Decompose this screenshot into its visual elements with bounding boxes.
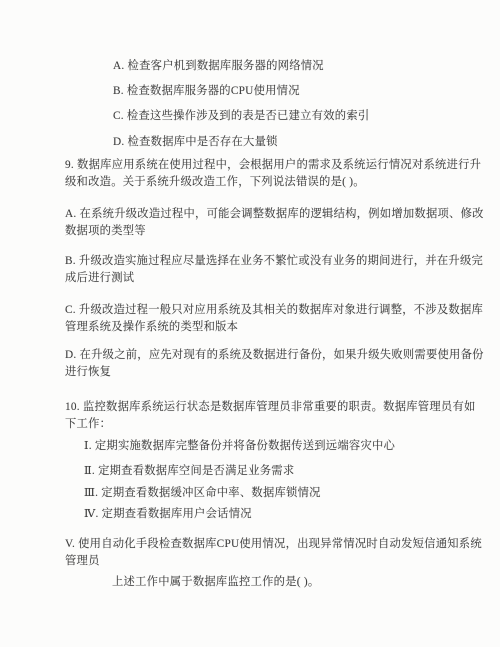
stem-line: 10. 监控数据库系统运行状态是数据库管理员非常重要的职责。数据库管理员有如 bbox=[65, 399, 476, 416]
option-text: C. 检查这些操作涉及到的表是否已建立有效的索引 bbox=[113, 108, 369, 125]
option-text: 数据项的类型等 bbox=[65, 223, 484, 240]
question-9-option-c: C. 升级改造过程一般只对应用系统及其相关的数据库对象进行调整，不涉及数据库 管… bbox=[65, 302, 483, 336]
question-10-task-iv: Ⅳ. 定期查看数据库用户会话情况 bbox=[84, 506, 252, 523]
question-9-option-d: D. 在升级之前，应先对现有的系统及数据进行备份，如果升级失败则需要使用备份 进… bbox=[65, 347, 484, 381]
prev-question-option-b: B. 检查数据库服务器的CPU使用情况 bbox=[113, 83, 300, 100]
question-10-task-v: V. 使用自动化手段检查数据库CPU使用情况，出现异常情况时自动发短信通知系统 … bbox=[65, 536, 482, 570]
question-10-task-iii: Ⅲ. 定期查看数据缓冲区命中率、数据库锁情况 bbox=[84, 485, 321, 502]
prev-question-option-a: A. 检查客户机到数据库服务器的网络情况 bbox=[113, 58, 324, 75]
task-text: Ⅳ. 定期查看数据库用户会话情况 bbox=[84, 506, 252, 523]
task-text: V. 使用自动化手段检查数据库CPU使用情况，出现异常情况时自动发短信通知系统 bbox=[65, 536, 482, 553]
prev-question-option-c: C. 检查这些操作涉及到的表是否已建立有效的索引 bbox=[113, 108, 369, 125]
task-text: Ⅰ. 定期实施数据库完整备份并将备份数据传送到远端容灾中心 bbox=[84, 438, 395, 455]
question-10-task-i: Ⅰ. 定期实施数据库完整备份并将备份数据传送到远端容灾中心 bbox=[84, 438, 395, 455]
option-text: 成后进行测试 bbox=[65, 270, 483, 287]
question-9-stem: 9. 数据库应用系统在使用过程中，会根据用户的需求及系统运行情况对系统进行升 级… bbox=[65, 157, 481, 191]
task-text: Ⅱ. 定期查看数据库空间是否满足业务需求 bbox=[84, 463, 294, 480]
option-text: A. 检查客户机到数据库服务器的网络情况 bbox=[113, 58, 324, 75]
option-text: C. 升级改造过程一般只对应用系统及其相关的数据库对象进行调整，不涉及数据库 bbox=[65, 302, 483, 319]
option-text: B. 检查数据库服务器的CPU使用情况 bbox=[113, 83, 300, 100]
option-text: D. 在升级之前，应先对现有的系统及数据进行备份，如果升级失败则需要使用备份 bbox=[65, 347, 484, 364]
question-10-task-ii: Ⅱ. 定期查看数据库空间是否满足业务需求 bbox=[84, 463, 294, 480]
option-text: D. 检查数据库中是否存在大量锁 bbox=[113, 134, 278, 151]
stem-line: 下工作： bbox=[65, 416, 476, 433]
closing-text: 上述工作中属于数据库监控工作的是( )。 bbox=[112, 574, 319, 591]
option-text: 管理系统及操作系统的类型和版本 bbox=[65, 319, 483, 336]
option-text: A. 在系统升级改造过程中，可能会调整数据库的逻辑结构，例如增加数据项、修改 bbox=[65, 206, 484, 223]
question-9-option-b: B. 升级改造实施过程应尽量选择在业务不繁忙或没有业务的期间进行，并在升级完 成… bbox=[65, 253, 483, 287]
question-9-option-a: A. 在系统升级改造过程中，可能会调整数据库的逻辑结构，例如增加数据项、修改 数… bbox=[65, 206, 484, 240]
stem-line: 9. 数据库应用系统在使用过程中，会根据用户的需求及系统运行情况对系统进行升 bbox=[65, 157, 481, 174]
option-text: B. 升级改造实施过程应尽量选择在业务不繁忙或没有业务的期间进行，并在升级完 bbox=[65, 253, 483, 270]
option-text: 进行恢复 bbox=[65, 364, 484, 381]
prev-question-option-d: D. 检查数据库中是否存在大量锁 bbox=[113, 134, 278, 151]
question-10-stem: 10. 监控数据库系统运行状态是数据库管理员非常重要的职责。数据库管理员有如 下… bbox=[65, 399, 476, 433]
task-text: Ⅲ. 定期查看数据缓冲区命中率、数据库锁情况 bbox=[84, 485, 321, 502]
task-text: 管理员 bbox=[65, 553, 482, 570]
exam-document-page: A. 检查客户机到数据库服务器的网络情况 B. 检查数据库服务器的CPU使用情况… bbox=[0, 0, 500, 647]
question-10-closing: 上述工作中属于数据库监控工作的是( )。 bbox=[112, 574, 319, 591]
stem-line: 级和改造。关于系统升级改造工作，下列说法错误的是( )。 bbox=[65, 174, 481, 191]
